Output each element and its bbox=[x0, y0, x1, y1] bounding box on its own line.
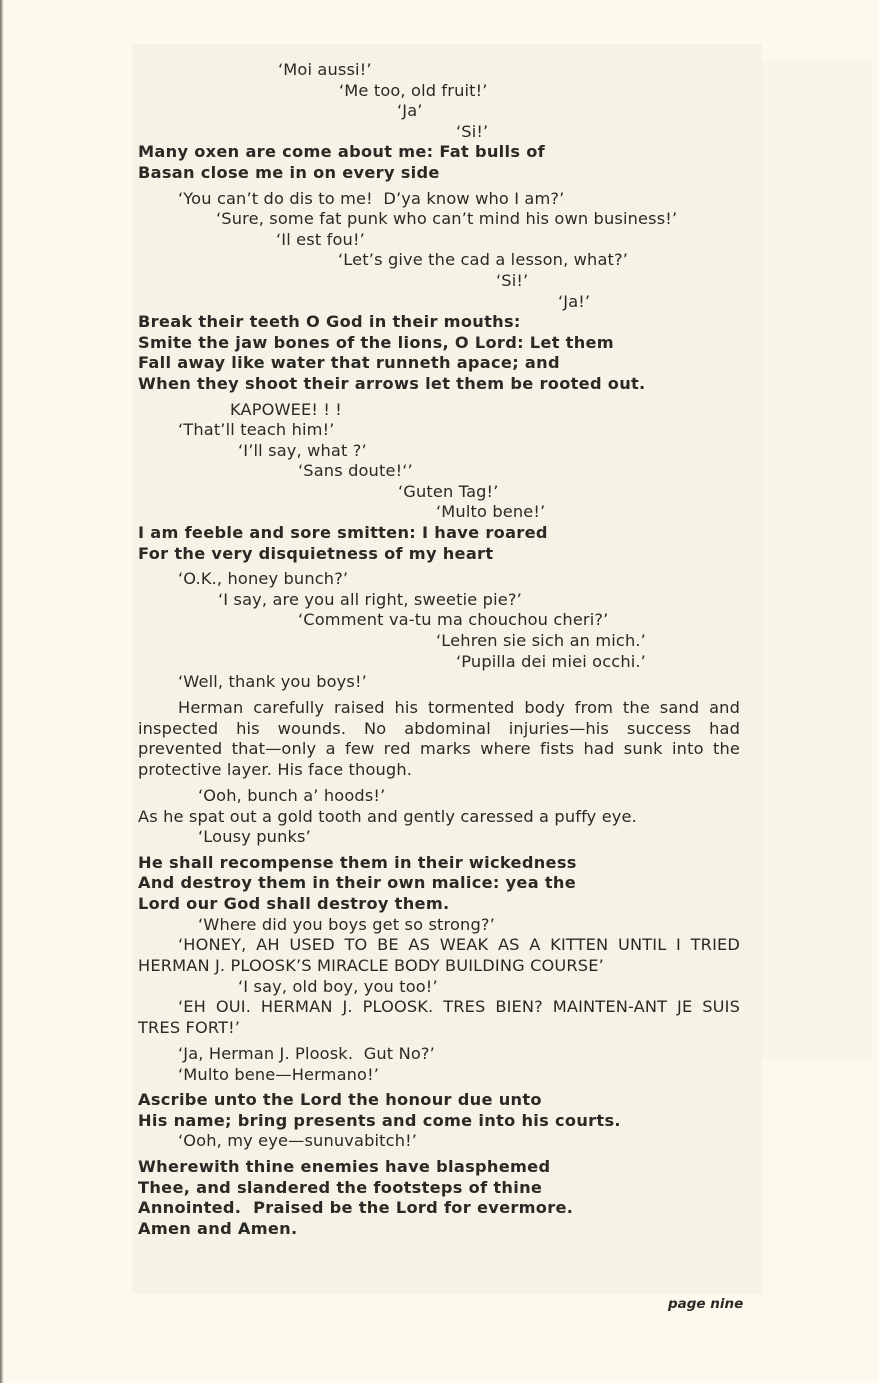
dialogue-line: ‘Multo bene!’ bbox=[138, 502, 740, 523]
psalm-verse-line: Thee, and slandered the footsteps of thi… bbox=[138, 1178, 740, 1199]
dialogue-line: ‘Ooh, bunch a’ hoods!’ bbox=[138, 786, 740, 807]
page-body: ‘Moi aussi!’‘Me too, old fruit!’‘Ja’‘Si!… bbox=[138, 60, 740, 1239]
dialogue-line: ‘Si!’ bbox=[138, 271, 740, 292]
psalm-verse-line: Basan close me in on every side bbox=[138, 163, 740, 184]
dialogue-line: ‘Ooh, my eye—sunuvabitch!’ bbox=[138, 1131, 740, 1152]
page-number: page nine bbox=[668, 1296, 743, 1312]
dialogue-line: ‘Il est fou!’ bbox=[138, 230, 740, 251]
psalm-verse-line: His name; bring presents and come into h… bbox=[138, 1111, 740, 1132]
psalm-verse-line: Amen and Amen. bbox=[138, 1219, 740, 1240]
prose-paragraph: ‘HONEY, AH USED TO BE AS WEAK AS A KITTE… bbox=[138, 935, 740, 977]
dialogue-line: ‘That’ll teach him!’ bbox=[138, 420, 740, 441]
dialogue-line: ‘Lehren sie sich an mich.’ bbox=[138, 631, 740, 652]
psalm-verse-line: Ascribe unto the Lord the honour due unt… bbox=[138, 1090, 740, 1111]
dialogue-line: ‘I say, old boy, you too!’ bbox=[138, 977, 740, 998]
prose-paragraph: ‘EH OUI. HERMAN J. PLOOSK. TRES BIEN? MA… bbox=[138, 997, 740, 1039]
psalm-verse-line: Lord our God shall destroy them. bbox=[138, 894, 740, 915]
psalm-verse-line: And destroy them in their own malice: ye… bbox=[138, 873, 740, 894]
dialogue-line: ‘Ja’ bbox=[138, 101, 740, 122]
dialogue-line: ‘Let’s give the cad a lesson, what?’ bbox=[138, 250, 740, 271]
dialogue-line: ‘You can’t do dis to me! D’ya know who I… bbox=[138, 189, 740, 210]
dialogue-line: ‘O.K., honey bunch?’ bbox=[138, 569, 740, 590]
reverse-page-show-through-margin bbox=[762, 60, 872, 1060]
dialogue-line: ‘Sure, some fat punk who can’t mind his … bbox=[138, 209, 740, 230]
dialogue-line: ‘I say, are you all right, sweetie pie?’ bbox=[138, 590, 740, 611]
dialogue-line: ‘Ja, Herman J. Ploosk. Gut No?’ bbox=[138, 1044, 740, 1065]
dialogue-line: As he spat out a gold tooth and gently c… bbox=[138, 807, 740, 828]
dialogue-line: ‘Ja!’ bbox=[138, 292, 740, 313]
dialogue-line: ‘Sans doute!‘’ bbox=[138, 461, 740, 482]
psalm-verse-line: Wherewith thine enemies have blasphemed bbox=[138, 1157, 740, 1178]
page-spine-shadow bbox=[0, 0, 4, 1383]
dialogue-line: ‘Multo bene—Hermano!’ bbox=[138, 1065, 740, 1086]
psalm-verse-line: Fall away like water that runneth apace;… bbox=[138, 353, 740, 374]
psalm-verse-line: When they shoot their arrows let them be… bbox=[138, 374, 740, 395]
psalm-verse-line: Break their teeth O God in their mouths: bbox=[138, 312, 740, 333]
dialogue-line: ‘Where did you boys get so strong?’ bbox=[138, 915, 740, 936]
psalm-verse-line: I am feeble and sore smitten: I have roa… bbox=[138, 523, 740, 544]
psalm-verse-line: For the very disquietness of my heart bbox=[138, 544, 740, 565]
psalm-verse-line: Annointed. Praised be the Lord for everm… bbox=[138, 1198, 740, 1219]
dialogue-line: ‘I’ll say, what ?’ bbox=[138, 441, 740, 462]
psalm-verse-line: He shall recompense them in their wicked… bbox=[138, 853, 740, 874]
prose-paragraph: Herman carefully raised his tormented bo… bbox=[138, 698, 740, 781]
psalm-verse-line: Smite the jaw bones of the lions, O Lord… bbox=[138, 333, 740, 354]
dialogue-line: ‘Lousy punks’ bbox=[138, 827, 740, 848]
dialogue-line: ‘Comment va-tu ma chouchou cheri?’ bbox=[138, 610, 740, 631]
dialogue-line: ‘Moi aussi!’ bbox=[138, 60, 740, 81]
dialogue-line: ‘Pupilla dei miei occhi.’ bbox=[138, 652, 740, 673]
psalm-verse-line: Many oxen are come about me: Fat bulls o… bbox=[138, 142, 740, 163]
dialogue-line: ‘Si!’ bbox=[138, 122, 740, 143]
dialogue-line: ‘Well, thank you boys!’ bbox=[138, 672, 740, 693]
dialogue-line: ‘Me too, old fruit!’ bbox=[138, 81, 740, 102]
dialogue-line: KAPOWEE! ! ! bbox=[138, 400, 740, 421]
dialogue-line: ‘Guten Tag!’ bbox=[138, 482, 740, 503]
